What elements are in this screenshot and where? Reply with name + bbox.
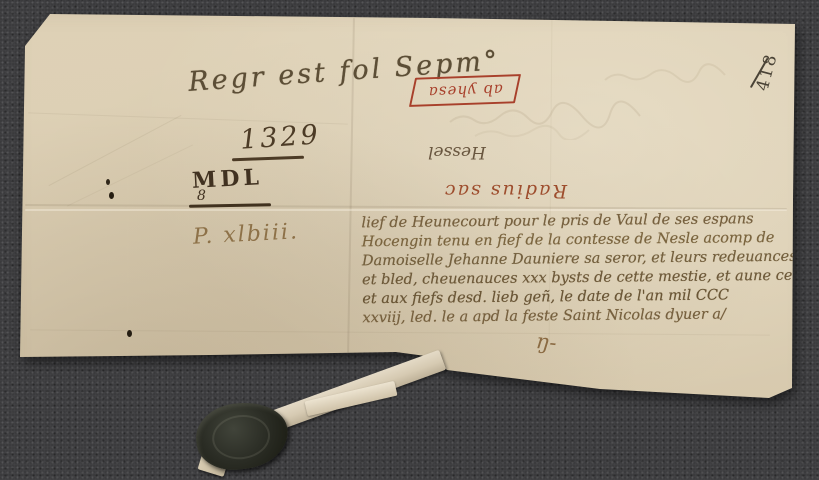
body-text-block: lief de Heunecourt pour le pris de Vaul … <box>361 210 794 329</box>
year-underline <box>232 156 304 162</box>
year-note: 1329 <box>239 119 322 156</box>
piece-number: P. xlbiii. <box>192 219 299 250</box>
stray-mark: ŋ- <box>535 329 558 355</box>
ink-dot <box>106 179 110 185</box>
series-sub: 8 <box>197 188 206 204</box>
ink-dot <box>109 192 114 199</box>
crease-line <box>67 144 193 206</box>
inverted-note-red: Radius sac <box>443 180 567 202</box>
red-stamp-text: ab yhesa <box>427 80 503 101</box>
ink-bleedthrough <box>600 58 750 94</box>
red-stamp: ab yhesa <box>409 74 521 107</box>
parchment-wrapper: Regr est fol Sepm° 1329 MDL 8 P. xlbiii.… <box>0 0 819 480</box>
parchment-document: Regr est fol Sepm° 1329 MDL 8 P. xlbiii.… <box>0 0 819 480</box>
photo-background: Regr est fol Sepm° 1329 MDL 8 P. xlbiii.… <box>0 0 819 480</box>
ink-dot <box>127 330 132 337</box>
body-line: xxviij, led. le a apd la feste Saint Nic… <box>362 305 794 329</box>
crease-line <box>30 329 770 335</box>
crease-line <box>49 115 182 186</box>
inverted-note-dark: Hessel <box>428 142 486 162</box>
